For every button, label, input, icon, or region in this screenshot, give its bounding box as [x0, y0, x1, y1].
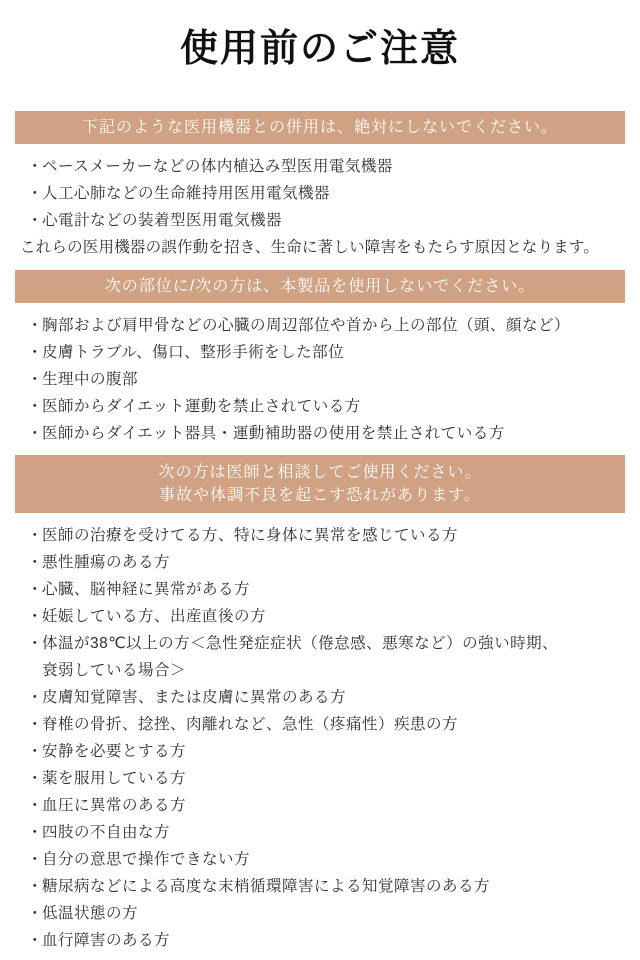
list-item: ・ 胸部および肩甲骨などの心臓の周辺部位や首から上の部位（頭、顔など）	[27, 312, 628, 339]
list-item-text: 自分の意思で操作できない方	[42, 846, 628, 873]
list-item-text: 糖尿病などによる高度な末梢循環障害による知覚障害のある方	[42, 873, 628, 900]
bullet-marker: ・	[27, 711, 42, 738]
bullet-marker: ・	[27, 684, 42, 711]
bullet-marker: ・	[27, 180, 42, 207]
list-item: ・ 人工心肺などの生命維持用医用電気機器	[27, 180, 628, 207]
list-item: ・ 妊娠している方、出産直後の方	[27, 603, 628, 630]
list-item: ・ 心電計などの装着型医用電気機器	[27, 207, 628, 234]
list-item: ・ 脊椎の骨折、捻挫、肉離れなど、急性（疼痛性）疾患の方	[27, 711, 628, 738]
section-note: これらの医用機器の誤作動を招き、生命に著しい障害をもたらす原因となります。	[0, 234, 640, 261]
list-item-text: 安静を必要とする方	[42, 738, 628, 765]
list-item-text: 皮膚知覚障害、または皮膚に異常のある方	[42, 684, 628, 711]
bullet-marker: ・	[27, 900, 42, 927]
precautions-page: 使用前のご注意 下記のような医用機器との併用は、絶対にしないでください。 ・ ペ…	[0, 0, 640, 960]
bullet-marker: ・	[27, 819, 42, 846]
bullet-marker: ・	[27, 393, 42, 420]
list-item-text: 血圧に異常のある方	[42, 792, 628, 819]
list-item: ・ 医師の治療を受けてる方、特に身体に異常を感じている方	[27, 522, 628, 549]
list-item: ・ 皮膚トラブル、傷口、整形手術をした部位	[27, 339, 628, 366]
list-item: ・ 低温状態の方	[27, 900, 628, 927]
list-item: ・ 糖尿病などによる高度な末梢循環障害による知覚障害のある方	[27, 873, 628, 900]
banner-consult-doctor: 次の方は医師と相談してご使用ください。 事故や体調不良を起こす恐れがあります。	[15, 455, 625, 513]
list-item: ・ 薬を服用している方	[27, 765, 628, 792]
list-item-text: 医師の治療を受けてる方、特に身体に異常を感じている方	[42, 522, 628, 549]
list-item-text: 悪性腫瘍のある方	[42, 549, 628, 576]
section-do-not-use: 次の部位に/次の方は、本製品を使用しないでください。 ・ 胸部および肩甲骨などの…	[0, 270, 640, 447]
list-item-text: 四肢の不自由な方	[42, 819, 628, 846]
list-item-text: 胸部および肩甲骨などの心臓の周辺部位や首から上の部位（頭、顔など）	[42, 312, 628, 339]
bullet-marker: ・	[27, 522, 42, 549]
bullet-marker: ・	[27, 792, 42, 819]
list-item-text: 心電計などの装着型医用電気機器	[42, 207, 628, 234]
do-not-use-list: ・ 胸部および肩甲骨などの心臓の周辺部位や首から上の部位（頭、顔など） ・ 皮膚…	[0, 312, 640, 447]
bullet-marker: ・	[27, 873, 42, 900]
banner-text: 次の方は医師と相談してご使用ください。	[15, 461, 625, 484]
bullet-marker: ・	[27, 153, 42, 180]
list-item: ・ 血圧に異常のある方	[27, 792, 628, 819]
list-item: ・ 悪性腫瘍のある方	[27, 549, 628, 576]
list-item-text: 血行障害のある方	[42, 927, 628, 954]
bullet-marker: ・	[27, 846, 42, 873]
list-item: ・ 皮膚知覚障害、または皮膚に異常のある方	[27, 684, 628, 711]
banner-prohibited-devices: 下記のような医用機器との併用は、絶対にしないでください。	[15, 111, 625, 144]
list-item: ・ 心臓、脳神経に異常がある方	[27, 576, 628, 603]
list-item: ・ 生理中の腹部	[27, 366, 628, 393]
bullet-marker: ・	[27, 630, 42, 657]
list-item: ・ ペースメーカーなどの体内植込み型医用電気機器	[27, 153, 628, 180]
list-item-text: 薬を服用している方	[42, 765, 628, 792]
list-item-text: 心臓、脳神経に異常がある方	[42, 576, 628, 603]
list-item-text: 医師からダイエット器具・運動補助器の使用を禁止されている方	[42, 420, 628, 447]
bullet-marker: ・	[27, 312, 42, 339]
bullet-marker: ・	[27, 339, 42, 366]
list-item-text: 妊娠している方、出産直後の方	[42, 603, 628, 630]
prohibited-devices-list: ・ ペースメーカーなどの体内植込み型医用電気機器 ・ 人工心肺などの生命維持用医…	[0, 153, 640, 234]
list-item-text: 皮膚トラブル、傷口、整形手術をした部位	[42, 339, 628, 366]
list-item-text: 人工心肺などの生命維持用医用電気機器	[42, 180, 628, 207]
list-item: ・ 安静を必要とする方	[27, 738, 628, 765]
bullet-marker: ・	[27, 576, 42, 603]
list-item-text: 低温状態の方	[42, 900, 628, 927]
banner-text: 下記のような医用機器との併用は、絶対にしないでください。	[15, 116, 625, 139]
banner-text: 事故や体調不良を起こす恐れがあります。	[15, 484, 625, 507]
list-item-text: 生理中の腹部	[42, 366, 628, 393]
list-item-text: 医師からダイエット運動を禁止されている方	[42, 393, 628, 420]
list-item: ・ 医師からダイエット器具・運動補助器の使用を禁止されている方	[27, 420, 628, 447]
section-prohibited-medical-devices: 下記のような医用機器との併用は、絶対にしないでください。 ・ ペースメーカーなど…	[0, 111, 640, 261]
list-item: ・ 血行障害のある方	[27, 927, 628, 954]
bullet-marker: ・	[27, 420, 42, 447]
bullet-marker: ・	[27, 765, 42, 792]
banner-text: 次の部位に/次の方は、本製品を使用しないでください。	[15, 275, 625, 298]
bullet-marker: ・	[27, 207, 42, 234]
bullet-marker: ・	[27, 366, 42, 393]
list-item-text: 脊椎の骨折、捻挫、肉離れなど、急性（疼痛性）疾患の方	[42, 711, 628, 738]
bullet-marker: ・	[27, 738, 42, 765]
bullet-marker: ・	[27, 603, 42, 630]
list-item: ・ 体温が38℃以上の方＜急性発症症状（倦怠感、悪寒など）の強い時期、 衰弱して…	[27, 630, 628, 684]
section-consult-doctor: 次の方は医師と相談してご使用ください。 事故や体調不良を起こす恐れがあります。 …	[0, 455, 640, 954]
page-title: 使用前のご注意	[0, 26, 640, 72]
banner-do-not-use: 次の部位に/次の方は、本製品を使用しないでください。	[15, 270, 625, 303]
list-item: ・ 四肢の不自由な方	[27, 819, 628, 846]
bullet-marker: ・	[27, 549, 42, 576]
list-item: ・ 医師からダイエット運動を禁止されている方	[27, 393, 628, 420]
list-item-text: ペースメーカーなどの体内植込み型医用電気機器	[42, 153, 628, 180]
list-item: ・ 自分の意思で操作できない方	[27, 846, 628, 873]
consult-doctor-list: ・ 医師の治療を受けてる方、特に身体に異常を感じている方 ・ 悪性腫瘍のある方 …	[0, 522, 640, 954]
list-item-text: 体温が38℃以上の方＜急性発症症状（倦怠感、悪寒など）の強い時期、 衰弱している…	[42, 630, 628, 684]
bullet-marker: ・	[27, 927, 42, 954]
